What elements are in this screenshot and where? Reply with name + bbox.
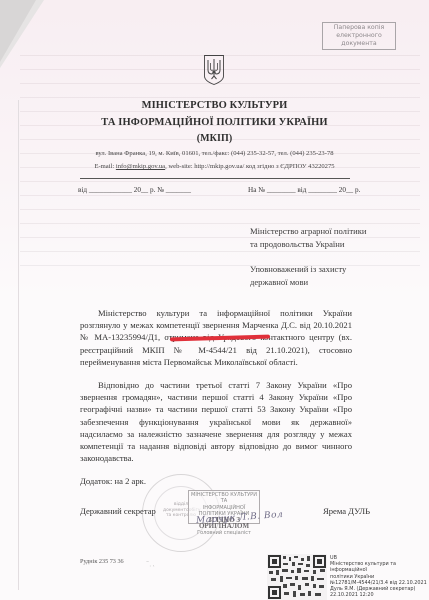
ministry-abbreviation: (МКІП) <box>0 133 429 144</box>
incoming-ref-field: На № ________ від ________ 20__ р. <box>248 186 360 194</box>
outgoing-ref-field: від ____________ 20__ р. № _______ <box>78 186 191 194</box>
ministry-contacts: E-mail: info@mkip.gov.ua, web-site: http… <box>0 163 429 170</box>
scan-specks: ⁻ˌ ˎ <box>146 560 155 567</box>
esign-line: Міністерство культури та інформаційної <box>330 561 429 573</box>
email-link[interactable]: info@mkip.gov.ua <box>116 163 165 170</box>
signatory-name: Ярема ДУЛЬ <box>323 506 370 516</box>
body-paragraph-2: Відповідно до частини третьої статті 7 З… <box>80 379 352 464</box>
copy-stamp-line: Головний спеціаліст <box>189 530 259 536</box>
attachment-note: Додаток: на 2 арк. <box>80 476 146 486</box>
addressee-line: та продовольства України <box>250 238 366 251</box>
addressee-line: Міністерство аграрної політики <box>250 225 366 238</box>
addressee-line: Уповноважений із захисту <box>250 263 346 276</box>
addressee-ministry-agrarian: Міністерство аграрної політики та продов… <box>250 225 366 251</box>
copy-stamp-line: МІНІСТЕРСТВО КУЛЬТУРИ ТА <box>189 492 259 505</box>
qr-code-icon <box>267 554 327 600</box>
electronic-copy-stamp: Паперова копія електронного документа <box>322 22 396 50</box>
executor-note: Руднік 235 73 36 <box>80 558 124 565</box>
electronic-signature-block: UB Міністерство культури та інформаційно… <box>330 555 429 598</box>
website-and-code: , web-site: http://mkip.gov.ua/ код згід… <box>165 163 334 170</box>
header-divider <box>80 178 350 179</box>
ministry-title-line1: МІНІСТЕРСТВО КУЛЬТУРИ <box>0 100 429 111</box>
scanned-letter-page: Паперова копія електронного документа МІ… <box>0 0 429 600</box>
addressee-line: державної мови <box>250 276 346 289</box>
stamp-copy-line: документа <box>323 40 395 48</box>
email-label: E-mail: <box>94 163 114 170</box>
ministry-title-line2: ТА ІНФОРМАЦІЙНОЇ ПОЛІТИКИ УКРАЇНИ <box>0 117 429 128</box>
addressee-language-commissioner: Уповноважений із захисту державної мови <box>250 263 346 289</box>
signatory-position: Державний секретар <box>80 506 156 516</box>
ministry-address: вул. Івана Франка, 19, м. Київ, 01601, т… <box>0 150 429 157</box>
scan-edge-line <box>18 100 19 590</box>
bleed-through-lines <box>20 55 420 295</box>
page-fold-shadow <box>0 0 36 62</box>
trident-coat-of-arms-icon <box>203 54 225 86</box>
stamp-copy-line: електронного <box>323 32 395 40</box>
stamp-copy-line: Паперова копія <box>323 24 395 32</box>
esign-line: 22.10.2021 12:20 <box>330 592 429 598</box>
